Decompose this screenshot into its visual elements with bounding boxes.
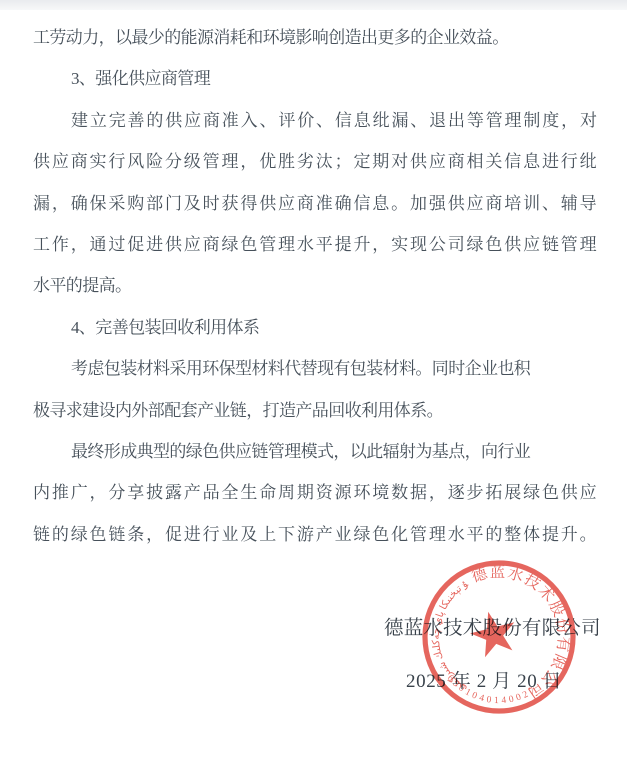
paragraph-line: 考虑包装材料采用环保型材料代替现有包装材料。同时企业也积: [33, 348, 611, 389]
paragraph-line: 极寻求建设内外部配套产业链，打造产品回收利用体系。: [33, 390, 611, 431]
paragraph-line: 漏，确保采购部门及时获得供应商准确信息。加强供应商培训、辅导: [33, 183, 611, 224]
section-heading: 3、强化供应商管理: [33, 58, 611, 99]
document-body: 工劳动力，以最少的能源消耗和环境影响创造出更多的企业效益。 3、强化供应商管理 …: [33, 17, 611, 555]
paragraph-line: 工作，通过促进供应商绿色管理水平提升，实现公司绿色供应链管理: [33, 224, 611, 265]
paragraph-line: 链的绿色链条，促进行业及上下游产业绿色化管理水平的整体提升。: [33, 514, 611, 555]
paragraph-line: 最终形成典型的绿色供应链管理模式，以此辐射为基点，向行业: [33, 431, 611, 472]
paragraph-line: 内推广，分享披露产品全生命周期资源环境数据，逐步拓展绿色供应: [33, 472, 611, 513]
paragraph-line: 水平的提高。: [33, 265, 611, 306]
document-page: 工劳动力，以最少的能源消耗和环境影响创造出更多的企业效益。 3、强化供应商管理 …: [0, 0, 627, 762]
paragraph-line: 工劳动力，以最少的能源消耗和环境影响创造出更多的企业效益。: [33, 17, 611, 58]
seal-star-icon: [466, 606, 521, 659]
company-seal: 德蓝水技术股份有限公司 دېلان سۇ تېخنىكا پاي چەكلىك …: [419, 557, 579, 717]
paragraph-line: 供应商实行风险分级管理，优胜劣汰；定期对供应商相关信息进行纰: [33, 141, 611, 182]
scan-edge-artifact: [0, 0, 627, 10]
section-heading: 4、完善包装回收利用体系: [33, 307, 611, 348]
paragraph-line: 建立完善的供应商准入、评价、信息纰漏、退出等管理制度，对: [33, 100, 611, 141]
